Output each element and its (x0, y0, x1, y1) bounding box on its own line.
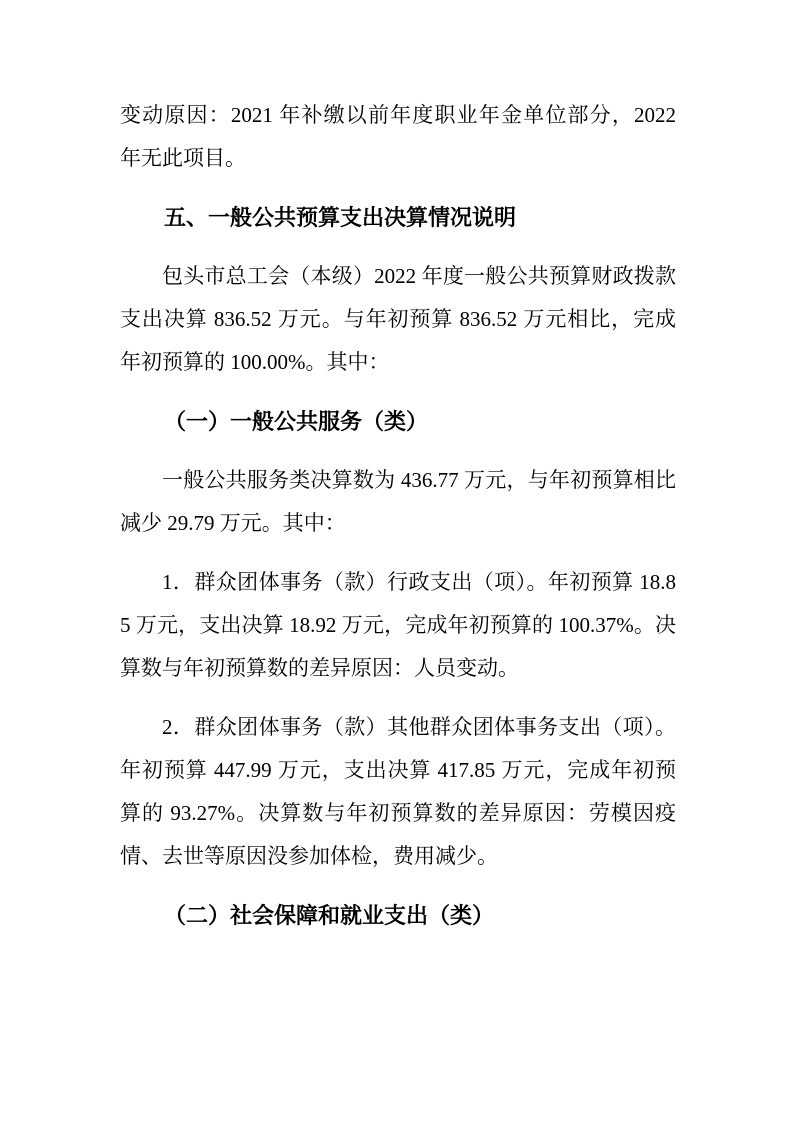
paragraph-general-public-services-summary: 一般公共服务类决算数为 436.77 万元，与年初预算相比减少 29.79 万元… (120, 459, 676, 545)
section-heading-general-public-budget-expenditure: 五、一般公共预算支出决算情况说明 (120, 196, 676, 239)
paragraph-item-2-other-mass-organization-expenditure: 2．群众团体事务（款）其他群众团体事务支出（项）。年初预算 447.99 万元，… (120, 706, 676, 878)
subsection-heading-general-public-services: （一）一般公共服务（类） (120, 400, 676, 443)
paragraph-change-reason-continuation: 变动原因：2021 年补缴以前年度职业年金单位部分，2022 年无此项目。 (120, 94, 676, 180)
subsection-heading-social-security-and-employment: （二）社会保障和就业支出（类） (120, 894, 676, 937)
paragraph-budget-expenditure-summary: 包头市总工会（本级）2022 年度一般公共预算财政拨款支出决算 836.52 万… (120, 255, 676, 384)
paragraph-item-1-administrative-expenditure: 1．群众团体事务（款）行政支出（项）。年初预算 18.85 万元，支出决算 18… (120, 561, 676, 690)
document-page: 变动原因：2021 年补缴以前年度职业年金单位部分，2022 年无此项目。 五、… (0, 0, 795, 1124)
